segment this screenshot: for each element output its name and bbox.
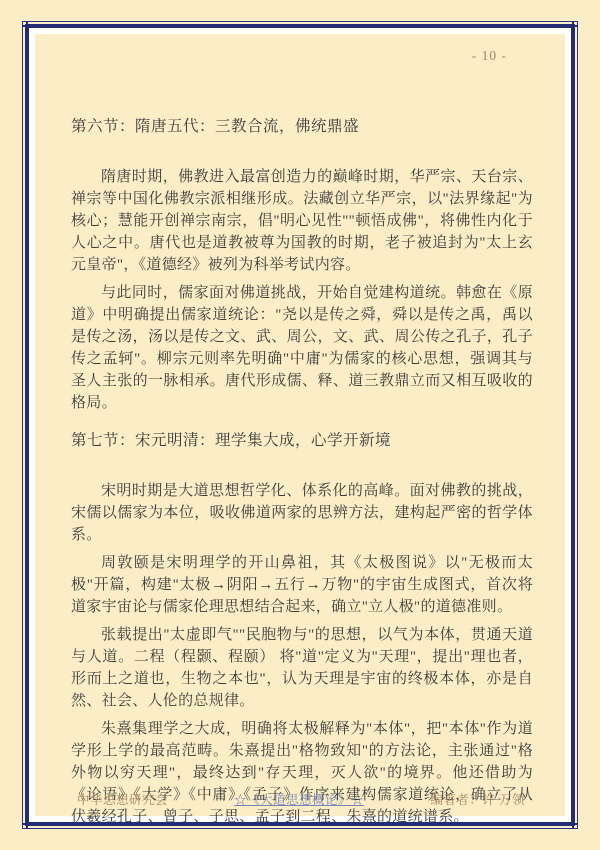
paragraph: 隋唐时期，佛教进入最富创造力的巅峰时期，华严宗、天台宗、禅宗等中国化佛教宗派相继… <box>71 166 533 276</box>
page-border-frame: - 10 - 第六节：隋唐五代：三教合流，佛统鼎盛 隋唐时期，佛教进入最富创造力… <box>25 24 575 826</box>
page-content: - 10 - 第六节：隋唐五代：三教合流，佛统鼎盛 隋唐时期，佛教进入最富创造力… <box>35 34 565 816</box>
paragraph: 宋明时期是大道思想哲学化、体系化的高峰。面对佛教的挑战，宋儒以儒家为本位，吸收佛… <box>71 480 533 546</box>
footer-book-title: ☆《大道思想概论》☆ <box>234 790 364 808</box>
paragraph: 朱熹集理学之大成，明确将太极解释为"本体"，把"本体"作为道学形上学的最高范畴。… <box>71 718 533 828</box>
page-number: - 10 - <box>71 48 533 64</box>
section-heading-6: 第六节：隋唐五代：三教合流，佛统鼎盛 <box>71 114 533 136</box>
footer-author-credit: 编著者：许 万领 <box>430 790 525 808</box>
page-footer: 中华思想研究会 ☆《大道思想概论》☆ 编著者：许 万领 <box>35 790 565 808</box>
section-heading-7: 第七节：宋元明清：理学集大成，心学开新境 <box>71 428 533 450</box>
footer-society-name: 中华思想研究会 <box>77 790 168 808</box>
paragraph: 周敦颐是宋明理学的开山鼻祖，其《太极图说》以"无极而太极"开篇，构建"太极→阴阳… <box>71 552 533 618</box>
paragraph: 与此同时，儒家面对佛道挑战，开始自觉建构道统。韩愈在《原道》中明确提出儒家道统论… <box>71 282 533 414</box>
paragraph: 张载提出"太虚即气""民胞物与"的思想，以气为本体，贯通天道与人道。二程（程颢、… <box>71 624 533 712</box>
